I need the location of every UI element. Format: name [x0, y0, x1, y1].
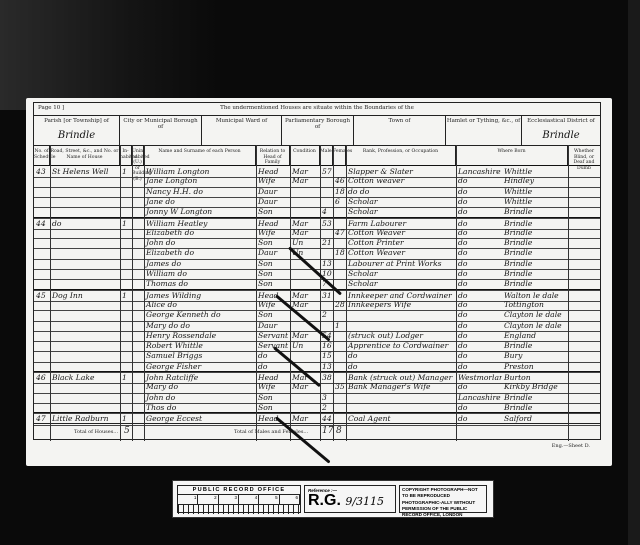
col-inhabited: In-habited	[120, 145, 132, 165]
public-record-office-stamp: PUBLIC RECORD OFFICE 123456 Reference :—…	[172, 480, 494, 518]
ruler-scale	[178, 505, 300, 514]
ruler-ticks: 123456	[178, 495, 300, 505]
col-uninhabited: Unin-habited (U.) or Building (B.)	[132, 145, 144, 165]
reference-number: 9/3115	[345, 495, 384, 508]
location-ecclesiastical: Ecclesiastical District ofBrindle	[522, 115, 600, 145]
column-divider	[132, 145, 133, 441]
total-houses-value: 5	[124, 426, 130, 436]
location-borough: City or Municipal Borough of	[120, 115, 202, 145]
location-town: Town of	[354, 115, 446, 145]
pro-ruler: PUBLIC RECORD OFFICE 123456	[177, 485, 301, 513]
col-females: Females	[333, 145, 346, 165]
column-divider	[333, 145, 334, 441]
pro-title: PUBLIC RECORD OFFICE	[178, 486, 300, 495]
location-parish: Parish [or Township] ofBrindle	[34, 115, 120, 145]
col-occupation: Rank, Profession, or Occupation	[346, 145, 456, 165]
col-relation: Relation to Head of Family	[256, 145, 290, 165]
location-ward: Municipal Ward of	[202, 115, 282, 145]
census-sheet: Page 10 ] The undermentioned Houses are …	[26, 98, 612, 466]
col-name: Name and Surname of each Person	[144, 145, 256, 165]
column-divider	[120, 145, 121, 441]
copyright-notice: COPYRIGHT PHOTOGRAPH—NOT TO BE REPRODUCE…	[399, 485, 487, 513]
background-edge	[628, 0, 640, 545]
sheet-label: Eng.—Sheet D.	[552, 443, 590, 449]
location-hamlet: Hamlet or Tything, &c., of	[446, 115, 522, 145]
background-shadow	[0, 0, 220, 110]
location-parliamentary: Parliamentary Borough of	[282, 115, 354, 145]
column-divider	[346, 145, 347, 441]
column-divider	[290, 145, 291, 441]
column-divider	[50, 145, 51, 441]
column-divider	[256, 145, 257, 441]
header-title: The undermentioned Houses are situate wi…	[34, 105, 600, 111]
column-divider	[456, 145, 457, 441]
col-infirm: Whether Blind, or Deaf and Dumb	[568, 145, 600, 165]
location-row: Parish [or Township] ofBrindle City or M…	[34, 115, 600, 146]
col-schedule: No. of Schedule	[34, 145, 50, 165]
total-houses-label: Total of Houses...	[74, 429, 118, 435]
total-females: 8	[336, 426, 342, 436]
total-males: 17	[322, 426, 333, 436]
column-headers: No. of Schedule Road, Street, &c., and N…	[34, 145, 600, 166]
column-divider	[568, 145, 569, 441]
reference-box: Reference :— R.G. 9/3115	[304, 485, 396, 513]
reference-prefix: R.G.	[308, 492, 341, 509]
col-males: Males	[320, 145, 333, 165]
col-born: Where Born	[456, 145, 568, 165]
totals-row: Total of Houses... 5 Total of Males and …	[34, 423, 600, 442]
col-address: Road, Street, &c., and No. or Name of Ho…	[50, 145, 120, 165]
col-condition: Condition	[290, 145, 320, 165]
column-divider	[144, 145, 145, 441]
column-divider	[320, 145, 321, 441]
